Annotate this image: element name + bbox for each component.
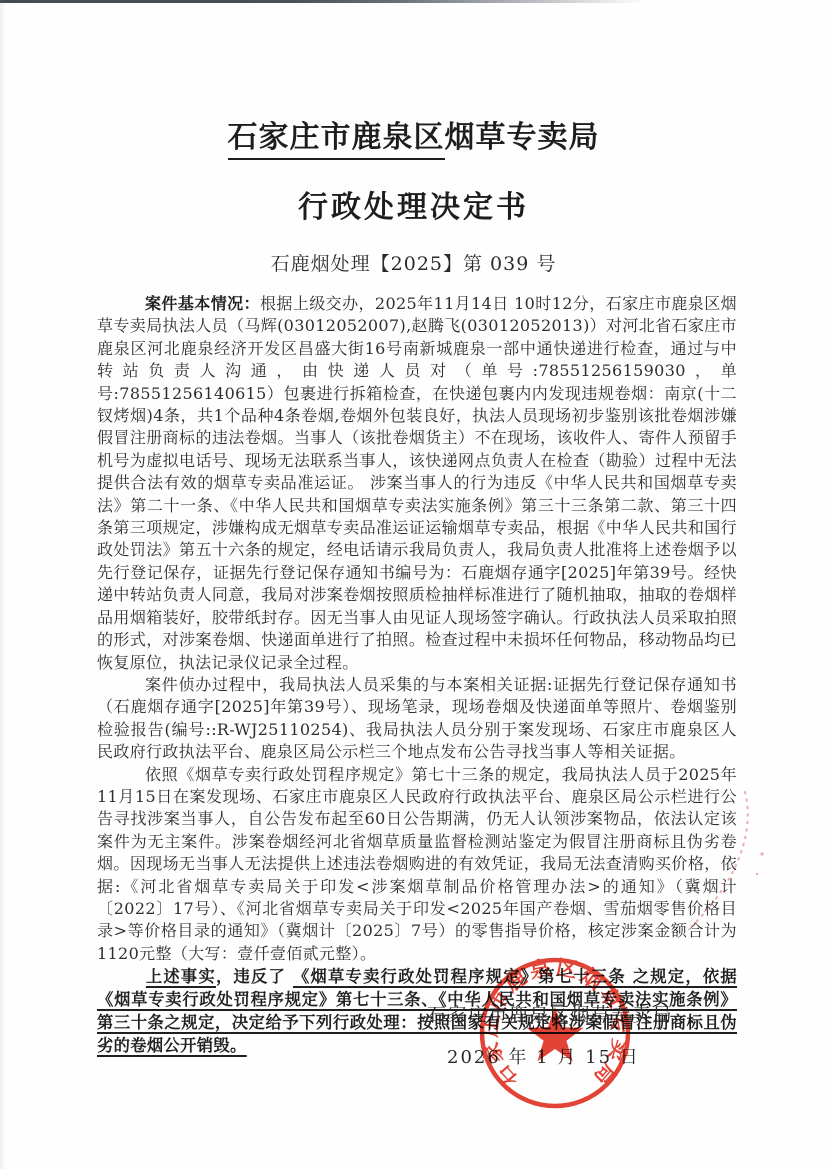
scanned-document-page: 石家庄市鹿泉区烟草专卖局 行政处理决定书 石鹿烟处理【2025】第 039 号 …: [0, 0, 827, 1169]
paragraph-announcement: 依照《烟草专卖行政处罚程序规定》第七十三条的规定，我局执法人员于2025年11月…: [97, 764, 737, 966]
document-body: 案件基本情况：根据上级交办，2025年11月14日 10时12分，石家庄市鹿泉区…: [97, 293, 737, 1057]
document-title: 行政处理决定书: [0, 182, 827, 226]
seal-star-icon: [527, 1007, 584, 1061]
agency-title: 石家庄市鹿泉区烟草专卖局: [0, 112, 827, 156]
agency-title-rest-part: 烟草专卖局: [445, 120, 600, 155]
decision-run: 上述事实: [146, 967, 216, 986]
paragraph-case-facts: 案件基本情况：根据上级交办，2025年11月14日 10时12分，石家庄市鹿泉区…: [97, 293, 737, 674]
scan-artifact-top-edge: [0, 0, 645, 3]
paragraph-evidence: 案件侦办过程中，我局执法人员采集的与本案相关证据:证据先行登记保存通知书（石鹿烟…: [97, 674, 737, 764]
case-facts-text: 根据上级交办，2025年11月14日 10时12分，石家庄市鹿泉区烟草专卖局执法…: [97, 294, 737, 672]
document-number: 石鹿烟处理【2025】第 039 号: [0, 249, 827, 276]
case-facts-label: 案件基本情况：: [145, 294, 260, 313]
agency-title-underlined-part: 石家庄市鹿泉区: [228, 120, 445, 160]
scan-artifact-red-arc: [650, 782, 780, 942]
decision-run: ，违反了: [216, 967, 293, 986]
official-seal: 石家庄市鹿泉区烟草专卖局: [475, 953, 635, 1113]
scan-artifact-left-edge: [0, 0, 6, 1169]
